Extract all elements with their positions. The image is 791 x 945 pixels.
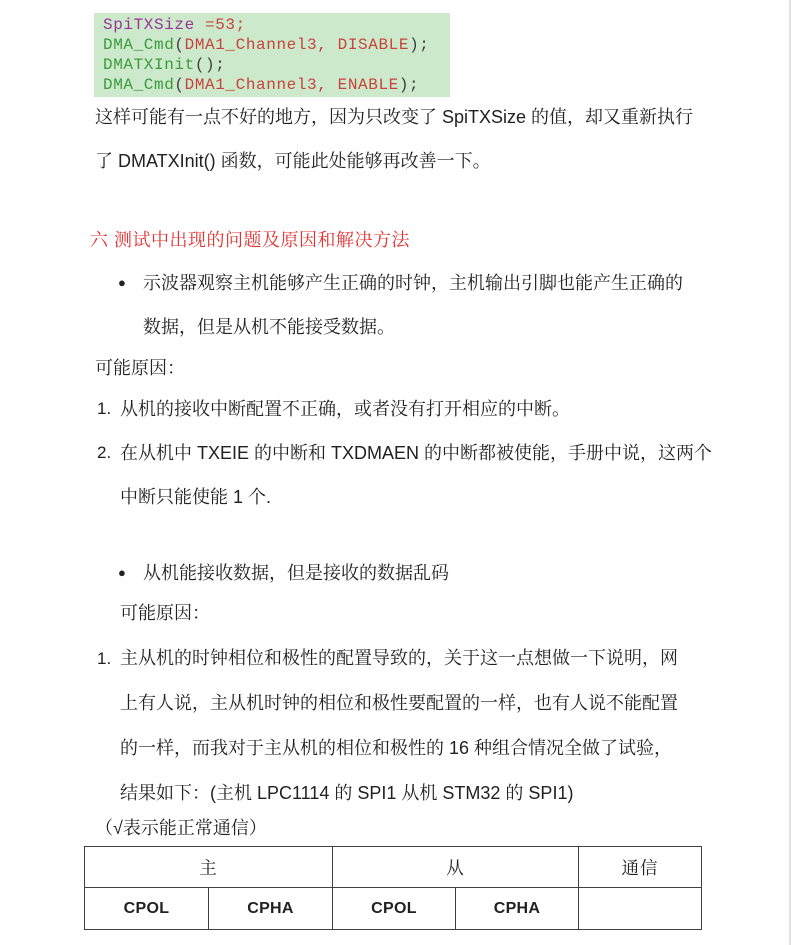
bullet-item-text: 从机能接收数据，但是接收的数据乱码 (143, 551, 449, 595)
table-col-header-master-cpol: CPOL (85, 888, 209, 930)
legend-note: （√表示能正常通信） (95, 806, 267, 850)
bullet-item-clock-issue: ● 示波器观察主机能够产生正确的时钟，主机输出引脚也能产生正确的数据，但是从机不… (118, 261, 683, 349)
spi-mode-table: 主 从 通信 CPOL CPHA CPOL CPHA (84, 846, 702, 930)
numbered-item-text: 在从机中 TXEIE 的中断和 TXDMAEN 的中断都被使能，手册中说，这两个… (120, 431, 712, 519)
table-group-header-slave: 从 (333, 847, 579, 888)
code-snippet-block: SpiTXSize =53;DMA_Cmd(DMA1_Channel3, DIS… (94, 13, 450, 97)
section-heading: 六 测试中出现的问题及原因和解决方法 (90, 227, 410, 253)
paragraph-code-remark: 这样可能有一点不好的地方，因为只改变了 SpiTXSize 的值，却又重新执行了… (95, 95, 693, 183)
label-text: 可能原因： (120, 591, 210, 635)
item-number: 2. (97, 431, 111, 475)
label-text: 可能原因： (95, 346, 185, 390)
possible-causes-label-1: 可能原因： (95, 346, 185, 390)
possible-causes-label-2: 可能原因： (120, 591, 210, 635)
table-col-header-slave-cpha: CPHA (456, 888, 579, 930)
item-number: 1. (97, 636, 111, 681)
document-page: SpiTXSize =53;DMA_Cmd(DMA1_Channel3, DIS… (0, 0, 791, 945)
table-col-header-slave-cpol: CPOL (333, 888, 456, 930)
numbered-item-2: 2. 在从机中 TXEIE 的中断和 TXDMAEN 的中断都被使能，手册中说，… (97, 431, 712, 519)
spi-mode-table-wrapper: 主 从 通信 CPOL CPHA CPOL CPHA (84, 846, 702, 930)
bullet-icon: ● (118, 261, 126, 305)
table-group-header-comm: 通信 (579, 847, 702, 888)
legend-note-text: （√表示能正常通信） (95, 806, 267, 850)
numbered-item-text: 从机的接收中断配置不正确，或者没有打开相应的中断。 (120, 387, 570, 431)
numbered-item-text: 主从机的时钟相位和极性的配置导致的，关于这一点想做一下说明，网上有人说，主从机时… (120, 636, 678, 816)
bullet-item-garbled-data: ● 从机能接收数据，但是接收的数据乱码 (118, 551, 449, 595)
table-col-header-master-cpha: CPHA (209, 888, 333, 930)
item-number: 1. (97, 387, 111, 431)
bullet-icon: ● (118, 551, 126, 595)
table-cell-comm-empty (579, 888, 702, 930)
table-group-header-master: 主 (85, 847, 333, 888)
numbered-item-3: 1. 主从机的时钟相位和极性的配置导致的，关于这一点想做一下说明，网上有人说，主… (97, 636, 678, 816)
bullet-item-text: 示波器观察主机能够产生正确的时钟，主机输出引脚也能产生正确的数据，但是从机不能接… (143, 261, 683, 349)
numbered-item-1: 1. 从机的接收中断配置不正确，或者没有打开相应的中断。 (97, 387, 570, 431)
